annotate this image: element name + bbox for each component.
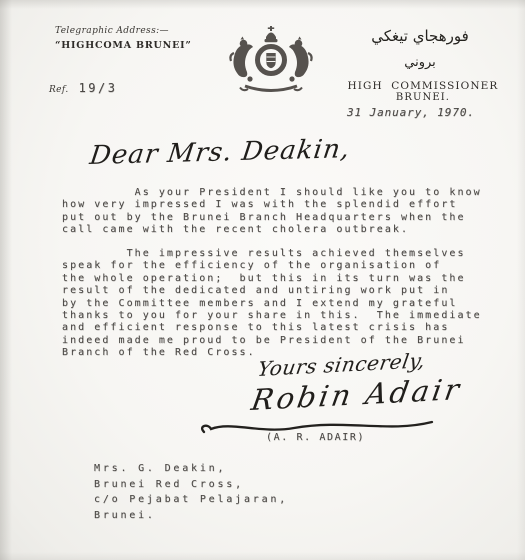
british-royal-coat-of-arms-icon	[227, 24, 315, 102]
reference-label: Ref.	[49, 85, 69, 95]
telegraphic-address-value: “HIGHCOMA BRUNEI”	[55, 40, 192, 51]
scanned-letter-page: Telegraphic Address:— “HIGHCOMA BRUNEI” …	[0, 0, 525, 560]
recipient-address-block: Mrs. G. Deakin, Brunei Red Cross, c/o Pe…	[94, 461, 288, 523]
letter-date: 31 January, 1970.	[347, 107, 475, 119]
jawi-title-line2: بروني	[340, 55, 500, 70]
telegraphic-address-label: Telegraphic Address:—	[55, 26, 169, 36]
handwritten-salutation: Dear Mrs. Deakin,	[88, 134, 352, 171]
signatory-typed-name: (A. R. ADAIR)	[266, 432, 365, 444]
body-paragraph-1: As your President I should like you to k…	[62, 187, 482, 237]
office-title-line2: BRUNEI.	[343, 92, 503, 103]
body-paragraph-2: The impressive results achieved themselv…	[62, 248, 482, 360]
office-title-line1: HIGH COMMISSIONER	[343, 80, 503, 92]
reference-row: Ref. 19/3	[49, 82, 117, 95]
reference-number: 19/3	[79, 82, 118, 94]
jawi-title-line1: فورهجاي تيغكي	[340, 27, 500, 45]
